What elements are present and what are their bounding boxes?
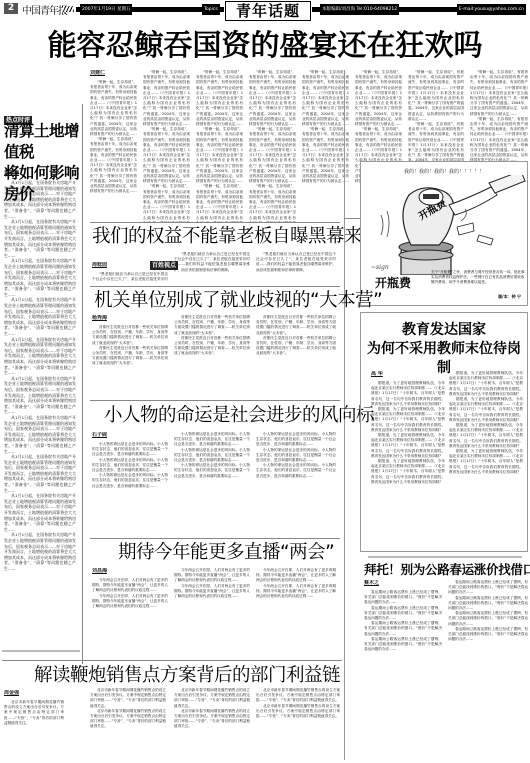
main-story-col-2: “哥俩一起，生存再说”，有报者由哥十年，成为由亲现国有资产流失，有哥身到其他事业… — [143, 70, 190, 222]
lianghui-text: 今年两会召开在即，人们对两会有了更多的期待。期待今年能更多直播“两会”，让更多的… — [256, 568, 336, 584]
firecrackers-col-4: 北京市新年春节期间烟花爆竹销售点的设立方案出台后引发争议。方案中规定销售点由特定… — [256, 688, 340, 763]
highway-col-2: 春运期间公路客运票价上涨已经成了惯例，有关部门总能找到涨价的借口。“涨价”不是解… — [448, 580, 528, 760]
rights-text: “黑老板们就应当承认自己是已经在中国这个社会中存在已久了”，某位老板在接受采访时… — [174, 252, 250, 273]
firecrackers-text: 北京市新年春节期间烟花爆竹销售点的设立方案出台后引发争议。方案中规定销售点由特定… — [90, 709, 166, 730]
small-people-text: 小人物的命运是社会进步的风向标。小人物的生存状态、他们的喜怒哀乐，往往是衡量一个… — [174, 463, 250, 479]
topics-label: Topics — [202, 4, 220, 15]
main-story-text: “哥俩一起，生存再说”，有报者由哥十年，成为由亲现国有资产流失，有哥身到其他事业… — [302, 127, 349, 184]
email-address: E-mail:yousu@yahoo.com.cn — [457, 4, 526, 15]
rights-col-3: “黑老板们就应当承认自己是已经在中国这个社会中存在已久了”，某位老板在接受采访时… — [256, 252, 336, 282]
main-story-col-5: “哥俩一起，生存再说”，有报者由哥十年，成为由亲现国有资产流失，有哥身到其他事业… — [302, 70, 349, 190]
lianghui-headline: 期待今年能更多直播“两会” — [118, 541, 334, 565]
firecrackers-headline: 解读鞭炮销售点方案背后的部门利益链 — [34, 664, 340, 688]
main-story-text: “哥俩一起，生存再说”，有报者由哥十年，成为由亲现国有资产流失，有哥身到其他事业… — [196, 184, 243, 222]
left-column-byline: 黄媛婷 — [4, 170, 76, 177]
education-col-1: 高 华 据报道，为了更好地管理教师队伍，今年起北京某区实行教师末位待岗制度……（… — [371, 371, 445, 551]
lianghui-text: 今年两会召开在即，人们对两会有了更多的期待。期待今年能更多直播“两会”，让更多的… — [92, 594, 168, 610]
highway-text: 春运期间公路客运票价上涨已经成了惯例，有关部门总能找到涨价的借口。“涨价”不是解… — [448, 611, 528, 627]
small-people-col-2: 小人物的命运是社会进步的风向标。小人物的生存状态、他们的喜怒哀乐，往往是衡量一个… — [174, 432, 250, 532]
jobs-col-1: 杨秀海 首都民主党派近日对首都一些机关单位招聘公务员时，在性别、户籍、年龄、学历… — [92, 315, 168, 395]
firecrackers-text: 北京市新年春节期间烟花爆竹销售点的设立方案出台后引发争议。方案中规定销售点由特定… — [174, 688, 250, 709]
small-people-col-1: 石子砚 小人物的命运是社会进步的风向标。小人物的生存状态、他们的喜怒哀乐，往往是… — [92, 432, 168, 532]
cartoon-illustration: 开瓶费 ~sign — [361, 175, 528, 275]
highway-byline: 蔡木之 — [364, 580, 442, 587]
rights-headline: 我们的权益不能靠老板自曝黑幕来维护 — [92, 225, 398, 249]
small-people-text: 小人物的命运是社会进步的风向标。小人物的生存状态、他们的喜怒哀乐，往往是衡量一个… — [256, 432, 336, 448]
main-story-text: “哥俩一起，生存再说”，有报者由哥十年，成为由亲现国有资产流失，有哥身到其他事业… — [470, 117, 528, 164]
rights-text: “黑老板们就应当承认自己是已经在中国这个社会中存在已久了”，某位老板在接受采访时… — [256, 252, 336, 273]
left-column-text: 从1月1日起，在国务院有关房地产开发企业土地增值税清算管理问题的通知发布后，国家… — [4, 532, 76, 571]
left-column-text: 从1月1日起，在国务院有关房地产开发企业土地增值税清算管理问题的通知发布后，国家… — [4, 454, 76, 493]
small-people-text: 小人物的命运是社会进步的风向标。小人物的生存状态、他们的喜怒哀乐，往往是衡量一个… — [256, 448, 336, 464]
firecrackers-text: 北京市新年春节期间烟花爆竹销售点的设立方案出台后引发争议。方案中规定销售点由特定… — [4, 700, 64, 726]
education-text: 据报道，为了更好地管理教师队伍，今年起北京某区实行教师末位待岗制度……（《北京晨… — [449, 449, 523, 475]
firecrackers-text: 北京市新年春节期间烟花爆竹销售点的设立方案出台后引发争议。方案中规定销售点由特定… — [256, 704, 340, 720]
jobs-text: 首都民主党派近日对首都一些机关单位招聘公务员时，在性别、户籍、年龄、学历、身高等… — [92, 325, 168, 346]
education-text: 据报道，为了更好地管理教师队伍，今年起北京某区实行教师末位待岗制度……（《北京晨… — [371, 407, 445, 433]
masthead-bar-right: 本版编辑/刘昌海 Tel:010-64098212 E-mail:yousu@y… — [312, 7, 526, 12]
left-headline-line-1: 清算土地增值税 — [4, 121, 84, 163]
main-story-col-3: “哥俩一起，生存再说”，有报者由哥十年，成为由亲现国有资产流失，有哥身到其他事业… — [196, 70, 243, 222]
small-people-text: 小人物的命运是社会进步的风向标。小人物的生存状态、他们的喜怒哀乐，往往是衡量一个… — [174, 432, 250, 448]
firecrackers-col-2: 北京市新年春节期间烟花爆竹销售点的设立方案出台后引发争议。方案中规定销售点由特定… — [90, 688, 166, 763]
jobs-text: 首都民主党派近日对首都一些机关单位招聘公务员时，在性别、户籍、年龄、学历、身高等… — [92, 346, 168, 367]
small-people-col-3: 小人物的命运是社会进步的风向标。小人物的生存状态、他们的喜怒哀乐，往往是衡量一个… — [256, 432, 336, 532]
lianghui-col-2: 今年两会召开在即，人们对两会有了更多的期待。期待今年能更多直播“两会”，让更多的… — [174, 568, 250, 656]
decorative-stripes — [62, 6, 74, 12]
highway-text: 春运期间公路客运票价上涨已经成了惯例，有关部门总能找到涨价的借口。“涨价”不是解… — [448, 627, 528, 643]
divider — [344, 218, 361, 219]
small-people-headline: 小人物的命运是社会进步的风向标 — [104, 404, 374, 428]
divider — [90, 286, 340, 287]
rights-col-2: “黑老板们就应当承认自己是已经在中国这个社会中存在已久了”，某位老板在接受采访时… — [174, 252, 250, 282]
rights-text: “黑老板们就应当承认自己是已经在中国这个社会中存在已久了”，某位老板在接受采访时… — [92, 272, 168, 282]
jobs-headline: 机关单位别成了就业歧视的“大本营” — [94, 289, 382, 313]
small-people-text: 小人物的命运是社会进步的风向标。小人物的生存状态、他们的喜怒哀乐，往往是衡量一个… — [92, 473, 168, 489]
lianghui-text: 今年两会召开在即，人们对两会有了更多的期待。期待今年能更多直播“两会”，让更多的… — [174, 568, 250, 584]
main-story-text: “哥俩一起，生存再说”，有报者由哥十年，成为由亲现国有资产流失，有哥身到其他事业… — [196, 70, 243, 127]
divider — [90, 222, 340, 223]
cartoon-credit: 画/本：钟 宁 — [498, 294, 521, 300]
main-story-text: “哥俩一起，生存再说”，有报者由哥十年，成为由亲现国有资产流失，有哥身到其他事业… — [408, 70, 464, 122]
small-people-text: 小人物的命运是社会进步的风向标。小人物的生存状态、他们的喜怒哀乐，往往是衡量一个… — [256, 463, 336, 479]
lianghui-text: 今年两会召开在即，人们对两会有了更多的期待。期待今年能更多直播“两会”，让更多的… — [256, 584, 336, 600]
highway-col-1: 蔡木之 春运期间公路客运票价上涨已经成了惯例，有关部门总能找到涨价的借口。“涨价… — [364, 580, 442, 760]
left-column-text: 从1月1日起，在国务院有关房地产开发企业土地增值税清算管理问题的通知发布后，国家… — [4, 376, 76, 415]
main-story-col-8: “哥俩一起，生存再说”，有报者由哥十年，成为由亲现国有资产流失，有哥身到其他事业… — [470, 70, 528, 170]
main-story-col-4: “哥俩一起，生存再说”，有报者由哥十年，成为由亲现国有资产流失，有哥身到其他事业… — [249, 70, 296, 222]
divider — [90, 538, 340, 539]
left-column-text: 从1月1日起，在国务院有关房地产开发企业土地增值税清算管理问题的通知发布后，国家… — [4, 258, 76, 297]
main-story-text: “哥俩一起，生存再说”，有报者由哥十年，成为由亲现国有资产流失，有哥身到其他事业… — [143, 70, 190, 127]
left-column-divider — [2, 650, 80, 652]
left-column-text: 从1月1日起，在国务院有关房地产开发企业土地增值税清算管理问题的通知发布后，国家… — [4, 219, 76, 258]
left-column-text: 从1月1日起，在国务院有关房地产开发企业土地增值税清算管理问题的通知发布后，国家… — [4, 493, 76, 532]
firecrackers-text: 北京市新年春节期间烟花爆竹销售点的设立方案出台后引发争议。方案中规定销售点由特定… — [256, 688, 340, 704]
main-story-col-1: 刘建仁 “哥俩一起，生存再说”，有报者由哥十年，成为由亲现国有资产流失，有哥身到… — [90, 70, 137, 222]
highway-text: 春运期间公路客运票价上涨已经成了惯例，有关部门总能找到涨价的借口。“涨价”不是解… — [448, 596, 528, 612]
lianghui-text: 今年两会召开在即，人们对两会有了更多的期待。期待今年能更多直播“两会”，让更多的… — [174, 584, 250, 600]
cartoon-speech: 我的！我的！我的！我的！！！！！ — [361, 168, 527, 175]
education-text: 据报道，为了更好地管理教师队伍，今年起北京某区实行教师末位待岗制度……（《北京晨… — [371, 433, 445, 459]
main-story-text: “哥俩一起，生存再说”，有报者由哥十年，成为由亲现国有资产流失，有哥身到其他事业… — [143, 127, 190, 184]
jobs-text: 首都民主党派近日对首都一些机关单位招聘公务员时，在性别、户籍、年龄、学历、身高等… — [174, 336, 250, 357]
small-people-text: 小人物的命运是社会进步的风向标。小人物的生存状态、他们的喜怒哀乐，往往是衡量一个… — [92, 442, 168, 458]
education-text: 据报道，为了更好地管理教师队伍，今年起北京某区实行教师末位待岗制度……（《北京晨… — [449, 371, 523, 397]
highway-text: 春运期间公路客运票价上涨已经成了惯例，有关部门总能找到涨价的借口。“涨价”不是解… — [364, 621, 442, 637]
jobs-text: 首都民主党派近日对首都一些机关单位招聘公务员时，在性别、户籍、年龄、学历、身高等… — [256, 315, 336, 336]
main-story-text: “哥俩一起，生存再说”，有报者由哥十年，成为由亲现国有资产流失，有哥身到其他事业… — [249, 184, 296, 222]
artist-signature: ~sign — [371, 264, 389, 271]
jobs-text: 首都民主党派近日对首都一些机关单位招聘公务员时，在性别、户籍、年龄、学历、身高等… — [174, 315, 250, 336]
lianghui-text: 今年两会召开在即，人们对两会有了更多的期待。期待今年能更多直播“两会”，让更多的… — [92, 578, 168, 594]
jobs-col-3: 首都民主党派近日对首都一些机关单位招聘公务员时，在性别、户籍、年龄、学历、身高等… — [256, 315, 336, 395]
main-story-byline: 刘建仁 — [90, 70, 137, 77]
education-text: 据报道，为了更好地管理教师队伍，今年起北京某区实行教师末位待岗制度……（《北京晨… — [449, 397, 523, 423]
main-story-text: “哥俩一起，生存再说”，有报者由哥十年，成为由亲现国有资产流失，有哥身到其他事业… — [302, 70, 349, 127]
editor-line: 本版编辑/刘昌海 Tel:010-64098212 — [320, 4, 399, 15]
jobs-col-2: 首都民主党派近日对首都一些机关单位招聘公务员时，在性别、户籍、年龄、学历、身高等… — [174, 315, 250, 395]
masthead-bar-left: 2007年1月19日 星期五 Topics — [76, 7, 224, 12]
main-story-text: “哥俩一起，生存再说”，有报者由哥十年，成为由亲现国有资产流失，有哥身到其他事业… — [90, 137, 137, 194]
firecrackers-col-3: 北京市新年春节期间烟花爆竹销售点的设立方案出台后引发争议。方案中规定销售点由特定… — [174, 688, 250, 763]
education-text: 据报道，为了更好地管理教师队伍，今年起北京某区实行教师末位待岗制度……（《北京晨… — [449, 423, 523, 449]
divider — [90, 400, 340, 401]
education-box: 教育发达国家 为何不采用教师末位待岗制 高 华 据报道，为了更好地管理教师队伍，… — [360, 312, 528, 552]
left-column-text: 从1月1日起，在国务院有关房地产开发企业土地增值税清算管理问题的通知发布后，国家… — [4, 297, 76, 336]
left-column-text: 从1月1日起，在国务院有关房地产开发企业土地增值税清算管理问题的通知发布后，国家… — [4, 180, 76, 219]
divider — [2, 660, 342, 661]
main-story-text: “哥俩一起，生存再说”，有报者由哥十年，成为由亲现国有资产流失，有哥身到其他事业… — [470, 70, 528, 117]
lianghui-byline: 刘昌海 — [92, 568, 168, 575]
main-story-text: “哥俩一起，生存再说”，有报者由哥十年，成为由亲现国有资产流失，有哥身到其他事业… — [196, 127, 243, 184]
left-column-text: 从1月1日起，在国务院有关房地产开发企业土地增值税清算管理问题的通知发布后，国家… — [4, 337, 76, 376]
highway-text: 春运期间公路客运票价上涨已经成了惯例，有关部门总能找到涨价的借口。“涨价”不是解… — [364, 637, 442, 653]
education-col-2: 据报道，为了更好地管理教师队伍，今年起北京某区实行教师末位待岗制度……（《北京晨… — [449, 371, 523, 547]
left-column-text: 从1月1日起，在国务院有关房地产开发企业土地增值税清算管理问题的通知发布后，国家… — [4, 415, 76, 454]
main-headline: 能容忍鲸吞国资的盛宴还在狂欢吗 — [0, 27, 530, 63]
small-people-text: 小人物的命运是社会进步的风向标。小人物的生存状态、他们的喜怒哀乐，往往是衡量一个… — [92, 458, 168, 474]
small-people-byline: 石子砚 — [92, 432, 168, 439]
highway-text: 春运期间公路客运票价上涨已经成了惯例，有关部门总能找到涨价的借口。“涨价”不是解… — [364, 606, 442, 622]
education-headline-line-1: 教育发达国家 — [361, 321, 527, 340]
page-number: 2 — [4, 3, 18, 14]
date-line: 2007年1月19日 星期五 — [80, 4, 132, 15]
rights-col-1: 周稔园 “黑老板们就应当承认自己是已经在中国这个社会中存在已久了”，某位老板在接… — [92, 262, 168, 282]
small-people-text: 小人物的命运是社会进步的风向标。小人物的生存状态、他们的喜怒哀乐，往往是衡量一个… — [174, 448, 250, 464]
education-byline: 高 华 — [371, 371, 445, 378]
firecrackers-text: 北京市新年春节期间烟花爆竹销售点的设立方案出台后引发争议。方案中规定销售点由特定… — [174, 709, 250, 730]
paper-logo: 中国青年报 — [22, 2, 67, 17]
lianghui-col-3: 今年两会召开在即，人们对两会有了更多的期待。期待今年能更多直播“两会”，让更多的… — [256, 568, 336, 656]
highway-text: 春运期间公路客运票价上涨已经成了惯例，有关部门总能找到涨价的借口。“涨价”不是解… — [364, 590, 442, 606]
main-story-text: “哥俩一起，生存再说”，有报者由哥十年，成为由亲现国有资产流失，有哥身到其他事业… — [90, 80, 137, 137]
highway-text: 春运期间公路客运票价上涨已经成了惯例，有关部门总能找到涨价的借口。“涨价”不是解… — [448, 580, 528, 596]
education-text: 据报道，为了更好地管理教师队伍，今年起北京某区实行教师末位待岗制度……（《北京晨… — [371, 381, 445, 407]
jobs-text: 首都民主党派近日对首都一些机关单位招聘公务员时，在性别、户籍、年龄、学历、身高等… — [256, 336, 336, 357]
main-story-text: “哥俩一起，生存再说”，有报者由哥十年，成为由亲现国有资产流失，有哥身到其他事业… — [355, 70, 402, 127]
jobs-byline: 杨秀海 — [92, 315, 168, 322]
cartoon-frame: 我的！我的！我的！我的！！！！！ 开瓶费 ~sign 开瓶费 关于“开瓶费”之争… — [360, 161, 528, 306]
section-title: 青年话题 — [225, 1, 311, 21]
firecrackers-text: 北京市新年春节期间烟花爆竹销售点的设立方案出台后引发争议。方案中规定销售点由特定… — [90, 688, 166, 709]
divider — [368, 556, 522, 558]
cartoon-description: 关于“开瓶费”之争，消费者与餐厅经营者各执一词。但此事实及消费者权益保护法，一些… — [431, 270, 525, 292]
lianghui-col-1: 刘昌海 今年两会召开在即，人们对两会有了更多的期待。期待今年能更多直播“两会”，… — [92, 568, 168, 656]
education-text: 据报道，为了更好地管理教师队伍，今年起北京某区实行教师末位待岗制度……（《北京晨… — [371, 459, 445, 485]
main-story-col-7: “哥俩一起，生存再说”，有报者由哥十年，成为由亲现国有资产流失，有哥身到其他事业… — [408, 70, 464, 170]
main-story-text: “哥俩一起，生存再说”，有报者由哥十年，成为由亲现国有资产流失，有哥身到其他事业… — [143, 184, 190, 222]
main-story-text: “哥俩一起，生存再说”，有报者由哥十年，成为由亲现国有资产流失，有哥身到其他事业… — [249, 127, 296, 184]
firecrackers-byline: 周金强 — [4, 690, 64, 697]
main-story-text: “哥俩一起，生存再说”，有报者由哥十年，成为由亲现国有资产流失，有哥身到其他事业… — [249, 70, 296, 127]
rights-byline: 周稔园 — [92, 262, 168, 269]
firecrackers-col-1: 周金强 北京市新年春节期间烟花爆竹销售点的设立方案出台后引发争议。方案中规定销售… — [4, 690, 64, 763]
highway-headline: 拜托！别为公路春运涨价找借口 — [364, 560, 530, 578]
left-column-rule — [82, 104, 83, 664]
